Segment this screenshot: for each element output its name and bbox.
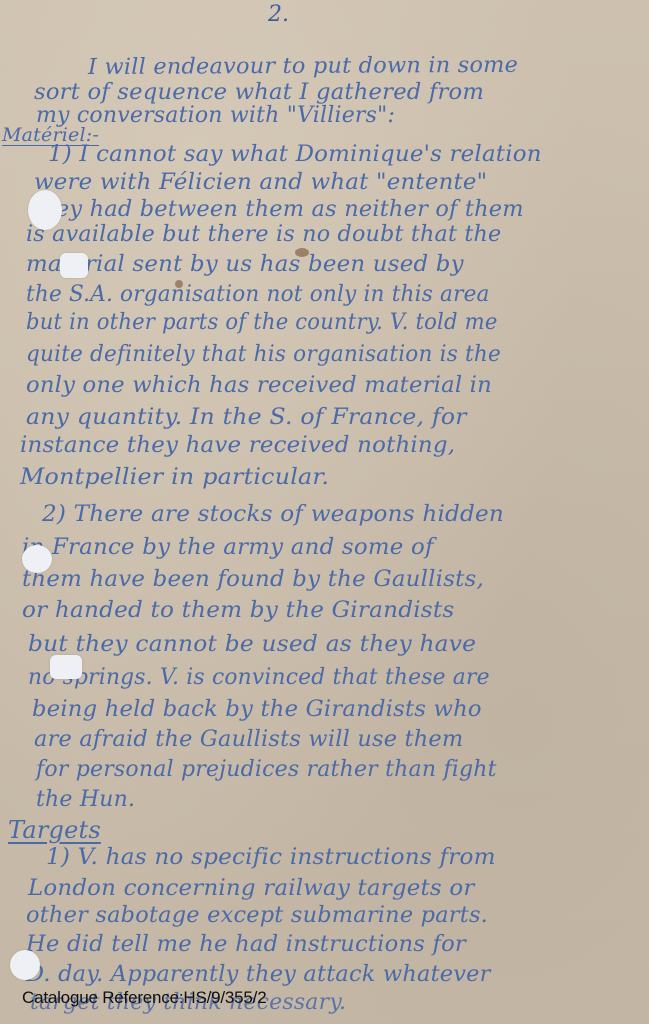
text-line: London concerning railway targets or xyxy=(28,876,474,901)
text-line: being held back by the Girandists who xyxy=(32,697,482,722)
text-line: D. day. Apparently they attack whatever xyxy=(26,962,491,987)
text-line: were with Félicien and what "entente" xyxy=(34,170,487,195)
punch-hole xyxy=(60,253,88,278)
text-line: no springs. V. is convinced that these a… xyxy=(28,665,490,690)
stain-mark xyxy=(175,280,183,288)
text-line: I will endeavour to put down in some xyxy=(88,53,518,80)
text-line: but they cannot be used as they have xyxy=(28,632,476,657)
text-line: them have been found by the Gaullists, xyxy=(22,567,484,592)
text-line: instance they have received nothing, xyxy=(20,433,455,458)
text-line: quite definitely that his organisation i… xyxy=(26,342,501,367)
text-line: but in other parts of the country. V. to… xyxy=(26,310,498,335)
catalogue-reference: Catalogue Reference:HS/9/355/2 xyxy=(22,988,266,1008)
text-line: the S.A. organisation not only in this a… xyxy=(26,282,490,307)
text-line: in France by the army and some of xyxy=(22,535,434,560)
document-page: 2. I will endeavour to put down in some … xyxy=(0,0,649,1024)
text-line: 2) There are stocks of weapons hidden xyxy=(42,502,504,527)
page-number: 2. xyxy=(268,2,289,27)
text-line: any quantity. In the S. of France, for xyxy=(26,405,467,430)
text-line: 1) I cannot say what Dominique's relatio… xyxy=(48,142,542,167)
punch-hole xyxy=(10,950,40,980)
text-line: the Hun. xyxy=(36,787,135,812)
text-line: is available but there is no doubt that … xyxy=(26,222,501,247)
heading-targets: Targets xyxy=(8,816,101,844)
text-line: they had between them as neither of them xyxy=(32,197,524,222)
text-line: or handed to them by the Girandists xyxy=(22,598,454,623)
text-line: material sent by us has been used by xyxy=(26,252,464,277)
punch-hole xyxy=(50,655,82,679)
text-line: 1) V. has no specific instructions from xyxy=(46,845,496,870)
text-line: only one which has received material in xyxy=(26,373,492,398)
text-line: sort of sequence what I gathered from xyxy=(34,80,484,105)
stain-mark xyxy=(295,248,309,257)
punch-hole xyxy=(22,545,52,573)
text-line: other sabotage except submarine parts. xyxy=(26,903,488,928)
punch-hole xyxy=(28,190,62,230)
text-line: for personal prejudices rather than figh… xyxy=(36,757,497,782)
text-line: are afraid the Gaullists will use them xyxy=(34,727,463,752)
text-line: He did tell me he had instructions for xyxy=(26,932,466,957)
text-line: Montpellier in particular. xyxy=(20,465,329,490)
